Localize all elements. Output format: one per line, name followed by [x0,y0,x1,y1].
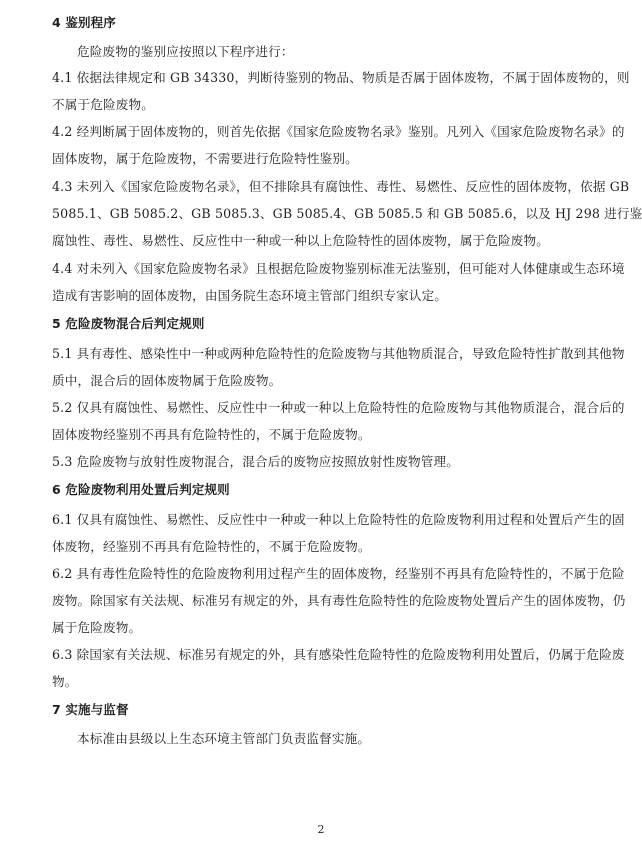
clause-5-1-line-1: 5.1 具有毒性、感染性中一种或两种危险特性的危险废物与其他物质混合，导致危险特… [52,346,600,362]
clause-6-2-line-1: 6.2 具有毒性危险特性的危险废物利用过程产生的固体废物，经鉴别不再具有危险特性… [52,566,600,582]
section-7-intro: 本标准由县级以上生态环境主管部门负责监督实施。 [77,731,625,747]
clause-6-1-line-2: 体废物，经鉴别不再具有危险特性的，不属于危险废物。 [52,539,600,555]
clause-4-4-line-2: 造成有害影响的固体废物，由国务院生态环境主管部门组织专家认定。 [52,288,600,304]
clause-4-4-line-1: 4.4 对未列入《国家危险废物名录》且根据危险废物鉴别标准无法鉴别，但可能对人体… [52,261,600,277]
clause-5-3-line-1: 5.3 危险废物与放射性废物混合，混合后的废物应按照放射性废物管理。 [52,454,600,470]
clause-6-2-line-3: 属于危险废物。 [52,620,600,636]
clause-6-3-line-2: 物。 [52,674,600,690]
section-4-heading: 4 鉴别程序 [52,15,600,31]
clause-4-3-line-2: 5085.1、GB 5085.2、GB 5085.3、GB 5085.4、GB … [52,206,600,222]
clause-6-2-line-2: 废物。除国家有关法规、标准另有规定的外，具有毒性危险特性的危险废物处置后产生的固… [52,593,600,609]
clause-4-1-line-2: 不属于危险废物。 [52,97,600,113]
section-7-heading: 7 实施与监督 [52,702,600,718]
section-6-heading: 6 危险废物利用处置后判定规则 [52,482,600,498]
document-page: 4 鉴别程序 危险废物的鉴别应按照以下程序进行： 4.1 依据法律规定和 GB … [0,0,642,850]
clause-4-2-line-1: 4.2 经判断属于固体废物的，则首先依据《国家危险废物名录》鉴别。凡列入《国家危… [52,124,600,140]
clause-5-2-line-1: 5.2 仅具有腐蚀性、易燃性、反应性中一种或一种以上危险特性的危险废物与其他物质… [52,400,600,416]
clause-4-3-line-3: 腐蚀性、毒性、易燃性、反应性中一种或一种以上危险特性的固体废物，属于危险废物。 [52,233,600,249]
clause-6-1-line-1: 6.1 仅具有腐蚀性、易燃性、反应性中一种或一种以上危险特性的危险废物利用过程和… [52,512,600,528]
section-4-intro: 危险废物的鉴别应按照以下程序进行： [77,44,625,60]
clause-6-3-line-1: 6.3 除国家有关法规、标准另有规定的外，具有感染性危险特性的危险废物利用处置后… [52,647,600,663]
clause-4-3-line-1: 4.3 未列入《国家危险废物名录》，但不排除具有腐蚀性、毒性、易燃性、反应性的固… [52,179,600,195]
clause-4-1-line-1: 4.1 依据法律规定和 GB 34330，判断待鉴别的物品、物质是否属于固体废物… [52,70,600,86]
page-number: 2 [0,823,642,836]
clause-5-2-line-2: 固体废物经鉴别不再具有危险特性的，不属于危险废物。 [52,427,600,443]
clause-5-1-line-2: 质中，混合后的固体废物属于危险废物。 [52,373,600,389]
section-5-heading: 5 危险废物混合后判定规则 [52,316,600,332]
clause-4-2-line-2: 固体废物，属于危险废物，不需要进行危险特性鉴别。 [52,151,600,167]
